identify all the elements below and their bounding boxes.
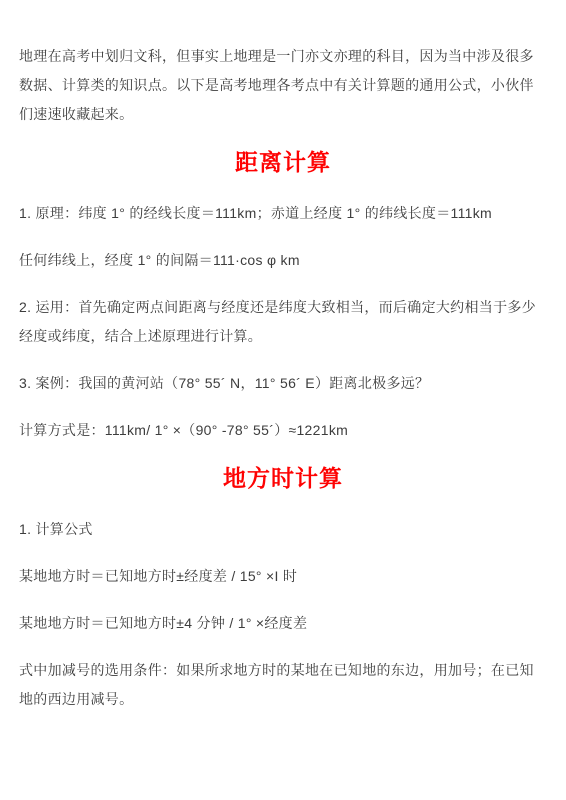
distance-parallel-formula-paragraph: 任何纬线上，经度 1° 的间隔＝111·cos φ km <box>19 246 547 275</box>
local-time-sign-rule-paragraph: 式中加减号的选用条件：如果所求地方时的某地在已知地的东边，用加号；在已知地的西边… <box>19 656 547 714</box>
distance-principle-paragraph: 1. 原理：纬度 1° 的经线长度＝111km；赤道上经度 1° 的纬线长度＝1… <box>19 199 547 228</box>
local-time-formula-minutes-paragraph: 某地地方时＝已知地方时±4 分钟 / 1° ×经度差 <box>19 609 547 638</box>
distance-case-solution-paragraph: 计算方式是：111km/ 1° ×（90° -78° 55´）≈1221km <box>19 416 547 445</box>
local-time-formula-label-paragraph: 1. 计算公式 <box>19 515 547 544</box>
section-heading-local-time-calculation: 地方时计算 <box>19 463 547 493</box>
document-page: 地理在高考中划归文科，但事实上地理是一门亦文亦理的科目，因为当中涉及很多数据、计… <box>0 0 566 800</box>
section-heading-distance-calculation: 距离计算 <box>19 147 547 177</box>
distance-application-paragraph: 2. 运用：首先确定两点间距离与经度还是纬度大致相当，而后确定大约相当于多少经度… <box>19 293 547 351</box>
local-time-formula-hours-paragraph: 某地地方时＝已知地方时±经度差 / 15° ×I 时 <box>19 562 547 591</box>
intro-paragraph: 地理在高考中划归文科，但事实上地理是一门亦文亦理的科目，因为当中涉及很多数据、计… <box>19 42 547 129</box>
distance-case-paragraph: 3. 案例：我国的黄河站（78° 55´ N，11° 56´ E）距离北极多远？ <box>19 369 547 398</box>
